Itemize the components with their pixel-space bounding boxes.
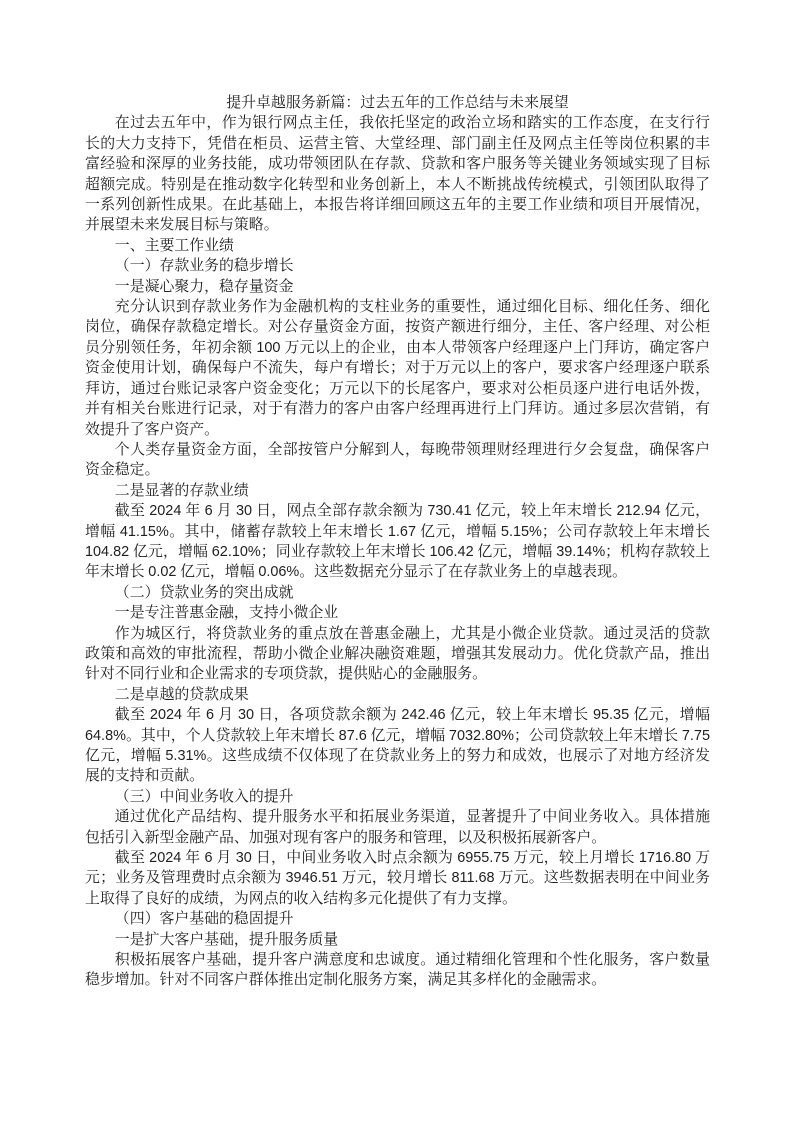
subsection-heading-deposits: （一）存款业务的稳步增长 [85, 256, 710, 276]
document-title: 提升卓越服务新篇：过去五年的工作总结与未来展望 [85, 93, 710, 113]
body-paragraph-deposit-figures: 截至 2024 年 6 月 30 日，网点全部存款余额为 730.41 亿元，较… [85, 501, 710, 583]
subsection-heading-loans: （二）贷款业务的突出成就 [85, 583, 710, 603]
subsection-heading-customers: （四）客户基础的稳固提升 [85, 909, 710, 929]
document-page: 提升卓越服务新篇：过去五年的工作总结与未来展望 在过去五年中，作为银行网点主任，… [0, 0, 793, 1122]
intro-paragraph: 在过去五年中，作为银行网点主任，我依托坚定的政治立场和踏实的工作态度，在支行行长… [85, 113, 710, 235]
body-paragraph-loan-figures: 截至 2024 年 6 月 30 日，各项贷款余额为 242.46 亿元，较上年… [85, 705, 710, 787]
point-heading-stable-funds: 一是凝心聚力，稳存量资金 [85, 277, 710, 297]
subsection-heading-fee-income: （三）中间业务收入的提升 [85, 787, 710, 807]
body-paragraph: 通过优化产品结构、提升服务水平和拓展业务渠道，显著提升了中间业务收入。具体措施包… [85, 807, 710, 848]
point-heading-inclusive-finance: 一是专注普惠金融，支持小微企业 [85, 603, 710, 623]
body-paragraph: 积极拓展客户基础，提升客户满意度和忠诚度。通过精细化管理和个性化服务，客户数量稳… [85, 950, 710, 991]
body-paragraph: 充分认识到存款业务作为金融机构的支柱业务的重要性，通过细化目标、细化任务、细化岗… [85, 297, 710, 440]
point-heading-deposit-results: 二是显著的存款业绩 [85, 481, 710, 501]
point-heading-customer-base: 一是扩大客户基础，提升服务质量 [85, 930, 710, 950]
body-paragraph-fee-figures: 截至 2024 年 6 月 30 日，中间业务收入时点余额为 6955.75 万… [85, 848, 710, 909]
section-heading-main-results: 一、主要工作业绩 [85, 236, 710, 256]
body-paragraph: 个人类存量资金方面，全部按管户分解到人，每晚带领理财经理进行夕会复盘，确保客户资… [85, 440, 710, 481]
point-heading-loan-results: 二是卓越的贷款成果 [85, 685, 710, 705]
body-paragraph: 作为城区行，将贷款业务的重点放在普惠金融上，尤其是小微企业贷款。通过灵活的贷款政… [85, 624, 710, 685]
